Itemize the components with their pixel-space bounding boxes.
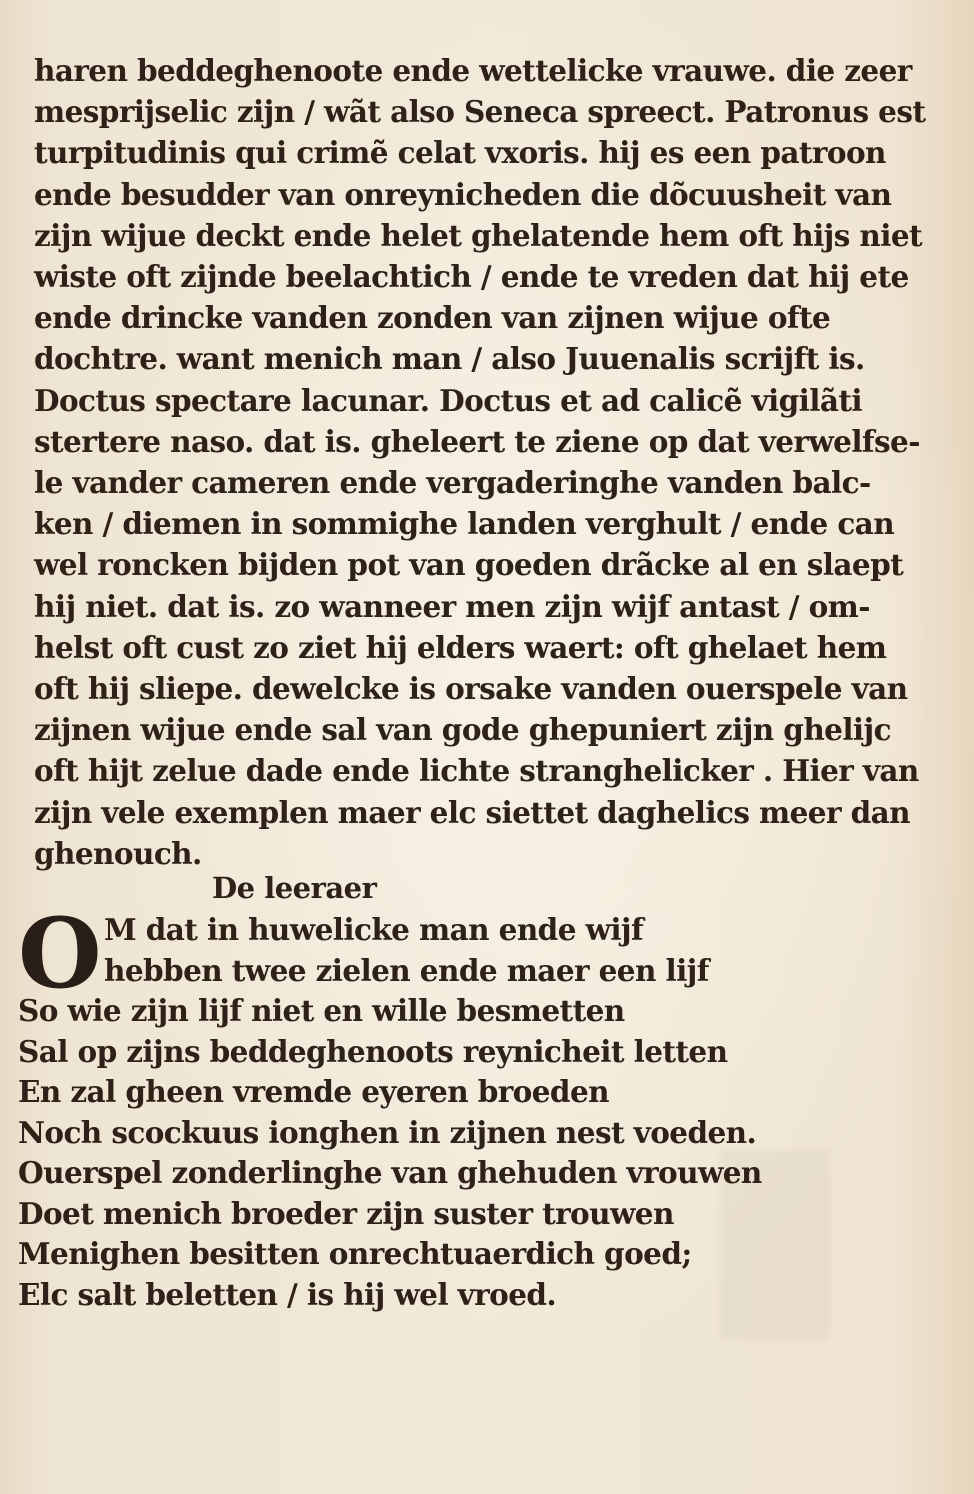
verse-line: Menighen besitten onrechtuaerdich goed; (18, 1234, 738, 1275)
verse-line: En zal gheen vremde eyeren broeden (18, 1072, 738, 1113)
verse-line: M dat in huwelicke man ende wijf (18, 910, 738, 951)
prose-line: le vander cameren ende vergaderinghe van… (34, 462, 774, 503)
verse-line: Doet menich broeder zijn suster trouwen (18, 1194, 738, 1235)
verse-line: Ouerspel zonderlinghe van ghehuden vrouw… (18, 1153, 738, 1194)
prose-line: oft hijt zelue dade ende lichte stranghe… (34, 750, 774, 791)
prose-line: ende drincke vanden zonden van zijnen wi… (34, 297, 774, 338)
prose-line: zijn vele exemplen maer elc siettet dagh… (34, 792, 774, 833)
prose-line: stertere naso. dat is. gheleert te ziene… (34, 421, 774, 462)
verse-line: Noch scockuus ionghen in zijnen nest voe… (18, 1113, 738, 1154)
prose-line: ghenouch. (34, 833, 774, 874)
book-page: haren beddeghenoote ende wettelicke vrau… (0, 0, 974, 1494)
verse-block: O M dat in huwelicke man ende wijf hebbe… (18, 910, 738, 1315)
prose-line: zijn wijue deckt ende helet ghelatende h… (34, 215, 774, 256)
prose-line: dochtre. want menich man / also Juuenali… (34, 338, 774, 379)
prose-line: zijnen wijue ende sal van gode ghepunier… (34, 709, 774, 750)
verse-line: hebben twee zielen ende maer een lijf (18, 951, 738, 992)
verse-line: Elc salt beletten / is hij wel vroed. (18, 1275, 738, 1316)
prose-line: wiste oft zijnde beelachtich / ende te v… (34, 256, 774, 297)
prose-line: oft hij sliepe. dewelcke is orsake vande… (34, 668, 774, 709)
verse-line: So wie zijn lijf niet en wille besmetten (18, 991, 738, 1032)
prose-line: haren beddeghenoote ende wettelicke vrau… (34, 50, 774, 91)
prose-line: turpitudinis qui crimẽ celat vxoris. hij… (34, 132, 774, 173)
prose-paragraph: haren beddeghenoote ende wettelicke vrau… (34, 50, 774, 874)
prose-line: Doctus spectare lacunar. Doctus et ad ca… (34, 380, 774, 421)
prose-line: ken / diemen in sommighe landen verghult… (34, 503, 774, 544)
prose-line: hij niet. dat is. zo wanneer men zijn wi… (34, 586, 774, 627)
prose-line: mesprijselic zijn / wãt also Seneca spre… (34, 91, 774, 132)
prose-line: wel roncken bijden pot van goeden drãcke… (34, 544, 774, 585)
prose-line: helst oft cust zo ziet hij elders waert:… (34, 627, 774, 668)
prose-line: ende besudder van onreynicheden die dõcu… (34, 174, 774, 215)
drop-cap-initial: O (18, 912, 102, 996)
section-heading: De leeraer (212, 868, 376, 908)
verse-line: Sal op zijns beddeghenoots reynicheit le… (18, 1032, 738, 1073)
